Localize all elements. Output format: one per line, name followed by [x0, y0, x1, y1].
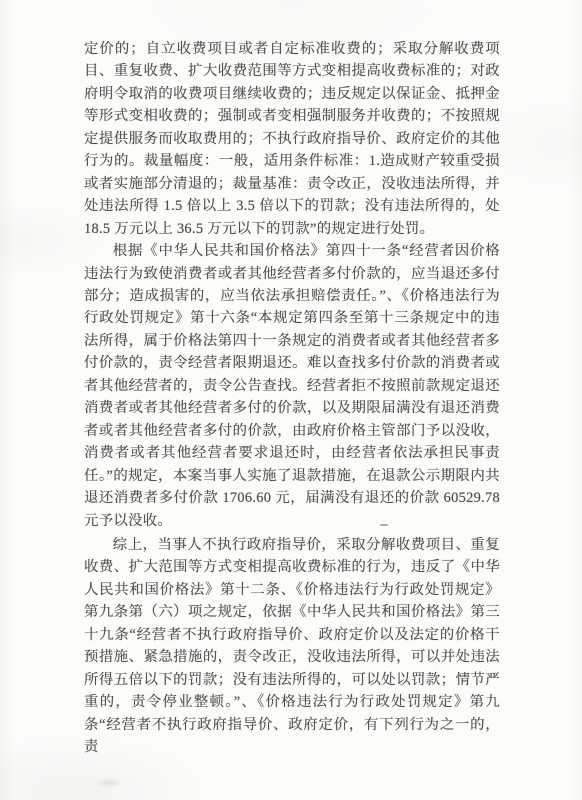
paragraph-penalty-basis-continued: 定价的；自立收费项目或者自定标准收费的；采取分解收费项目、重复收费、扩大收费范围…: [84, 38, 500, 240]
paragraph-refund-confiscation: 根据《中华人民共和国价格法》第四十一条“经营者因价格违法行为致使消费者或者其他经…: [84, 240, 500, 532]
document-page: 定价的；自立收费项目或者自定标准收费的；采取分解收费项目、重复收费、扩大收费范围…: [0, 0, 582, 800]
scan-artifact-smudge: [96, 778, 122, 788]
scan-artifact-dash: [380, 524, 388, 526]
document-text: 定价的；自立收费项目或者自定标准收费的；采取分解收费项目、重复收费、扩大收费范围…: [84, 38, 500, 759]
paragraph-conclusion: 综上，当事人不执行政府指导价，采取分解收费项目、重复收费、扩大范围等方式变相提高…: [84, 534, 500, 759]
